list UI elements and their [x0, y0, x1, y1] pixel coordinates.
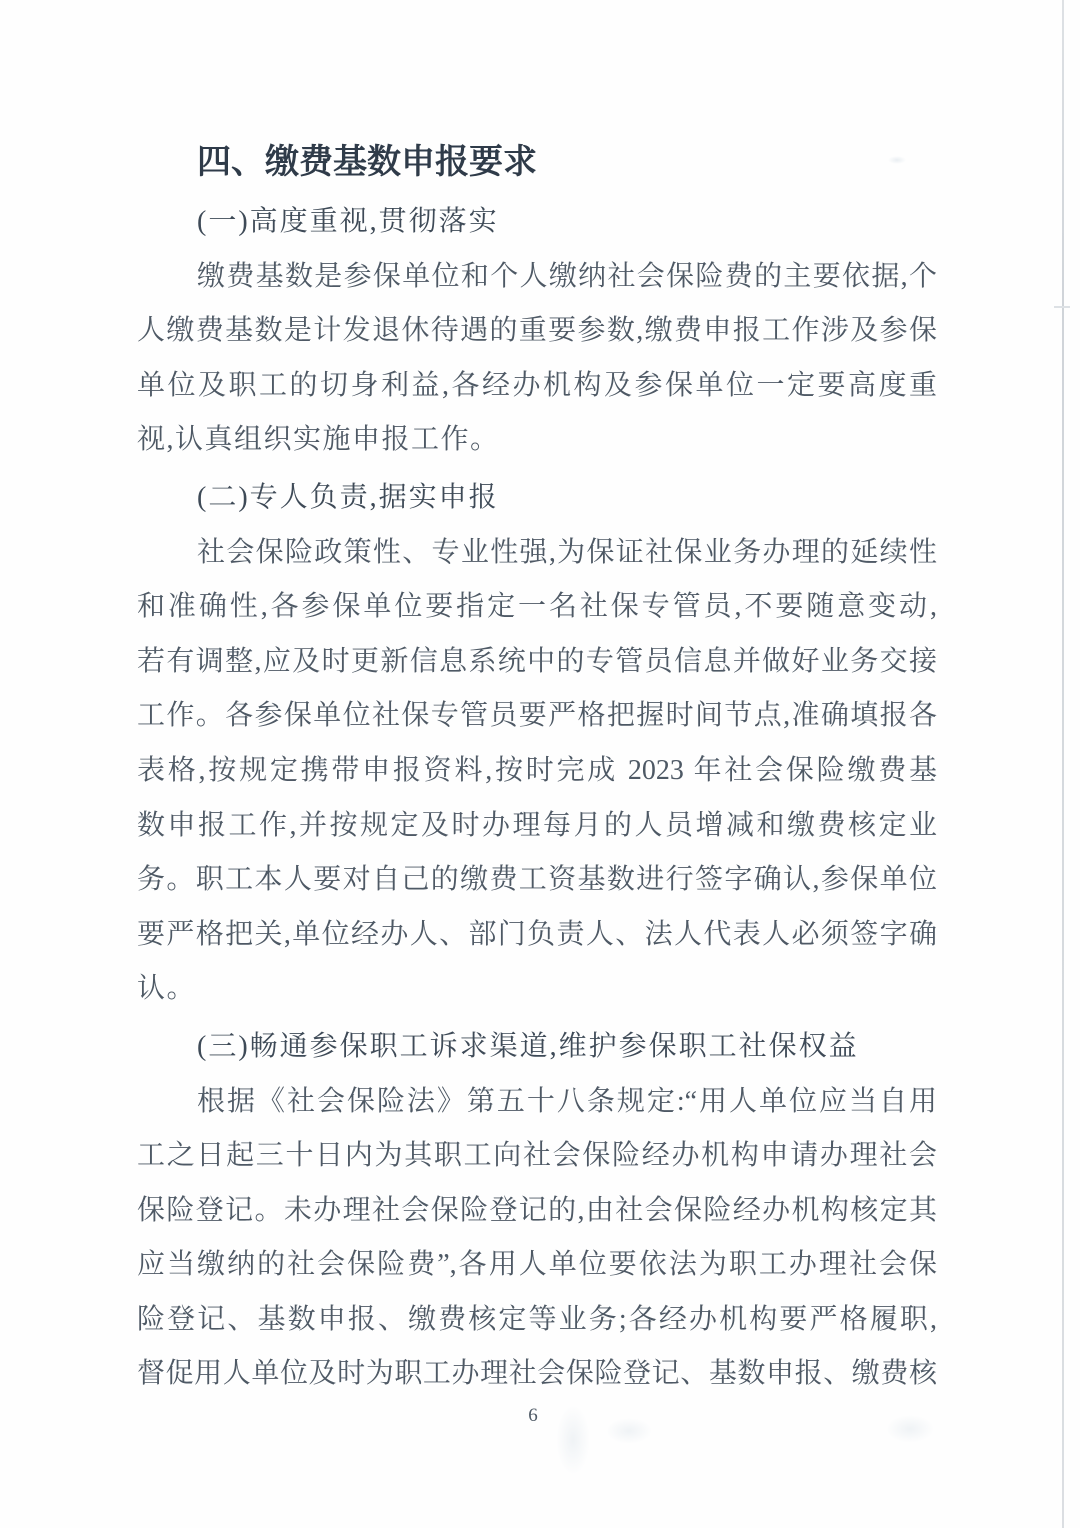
- text-line: 认。: [137, 962, 937, 1017]
- text-line: 缴费基数是参保单位和个人缴纳社会保险费的主要依据,个: [137, 250, 937, 305]
- text-line: 数申报工作,并按规定及时办理每月的人员增减和缴费核定业: [137, 799, 937, 854]
- text-line: 若有调整,应及时更新信息系统中的专管员信息并做好业务交接: [137, 635, 937, 690]
- text-line: 人缴费基数是计发退休待遇的重要参数,缴费申报工作涉及参保: [137, 304, 937, 359]
- text-line: 务。职工本人要对自己的缴费工资基数进行签字确认,参保单位: [137, 853, 937, 908]
- text-line: 险登记、基数申报、缴费核定等业务;各经办机构要严格履职,: [137, 1293, 937, 1348]
- text-line: 根据《社会保险法》第五十八条规定:“用人单位应当自用: [137, 1075, 937, 1130]
- text-column: 四、缴费基数申报要求(一)高度重视,贯彻落实缴费基数是参保单位和个人缴纳社会保险…: [137, 137, 937, 1402]
- text-line: 工作。各参保单位社保专管员要严格把握时间节点,准确填报各: [137, 689, 937, 744]
- scan-artifact-vertical-line: [1062, 0, 1064, 1528]
- page-footer: 6: [0, 1405, 1066, 1427]
- text-line: 要严格把关,单位经办人、部门负责人、法人代表人必须签字确: [137, 908, 937, 963]
- text-line: 和准确性,各参保单位要指定一名社保专管员,不要随意变动,: [137, 580, 937, 635]
- document-heading: 四、缴费基数申报要求: [137, 137, 937, 187]
- scan-artifact-tick: [1054, 306, 1070, 308]
- page-number: 6: [528, 1405, 538, 1426]
- text-line: 社会保险政策性、专业性强,为保证社保业务办理的延续性: [137, 526, 937, 581]
- text-line: 督促用人单位及时为职工办理社会保险登记、基数申报、缴费核: [137, 1347, 937, 1402]
- section-subheading: (二)专人负责,据实申报: [137, 471, 937, 526]
- text-line: 表格,按规定携带申报资料,按时完成 2023 年社会保险缴费基: [137, 744, 937, 799]
- text-line: 视,认真组织实施申报工作。: [137, 413, 937, 468]
- section-subheading: (三)畅通参保职工诉求渠道,维护参保职工社保权益: [137, 1020, 937, 1075]
- text-line: 工之日起三十日内为其职工向社会保险经办机构申请办理社会: [137, 1129, 937, 1184]
- document-page: 四、缴费基数申报要求(一)高度重视,贯彻落实缴费基数是参保单位和个人缴纳社会保险…: [0, 0, 1080, 1528]
- text-line: 应当缴纳的社会保险费”,各用人单位要依法为职工办理社会保: [137, 1238, 937, 1293]
- text-line: 单位及职工的切身利益,各经办机构及参保单位一定要高度重: [137, 359, 937, 414]
- section-subheading: (一)高度重视,贯彻落实: [137, 195, 937, 250]
- text-line: 保险登记。未办理社会保险登记的,由社会保险经办机构核定其: [137, 1184, 937, 1239]
